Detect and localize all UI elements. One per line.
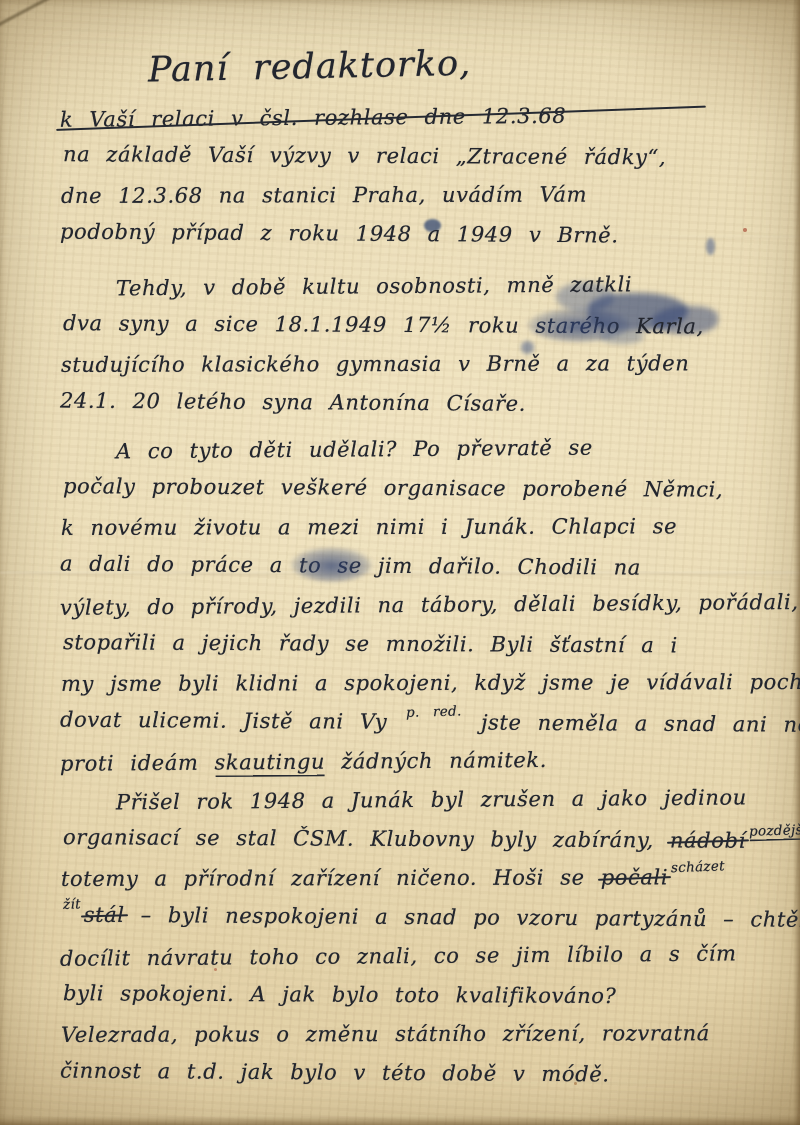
- struck-text: nádobí: [670, 828, 746, 852]
- handwritten-line: žítstál – byli nespokojeni a snad po vzo…: [60, 896, 766, 940]
- text-segment: 24.1. 20 letého syna Antonína Císaře.: [60, 389, 526, 416]
- text-segment: jim dařilo. Chodili na: [362, 554, 641, 580]
- handwritten-line: byli spokojeni. A jak bylo toto kvalifik…: [63, 974, 766, 1017]
- text-segment: totemy a přírodní zařízení ničeno. Hoši …: [61, 866, 601, 891]
- text-segment: my jsme byli klidni a spokojeni, když js…: [61, 670, 800, 696]
- text-segment: a dali do práce a: [60, 552, 299, 578]
- letter-page: Paní redaktorko, k Vaší relaci v čsl. ro…: [0, 0, 800, 1125]
- handwritten-line: studujícího klasického gymnasia v Brně a…: [61, 344, 766, 385]
- handwritten-line: Přišel rok 1948 a Junák byl zrušen a jak…: [60, 778, 766, 823]
- text-segment: Velezrada, pokus o změnu státního zřízen…: [61, 1021, 710, 1047]
- handwritten-line: docílit návratu toho co znali, co se jim…: [60, 934, 766, 979]
- paragraph: Přišel rok 1948 a Junák byl zrušen a jak…: [60, 781, 766, 1093]
- handwritten-line: A co tyto děti udělali? Po převratě se: [60, 427, 766, 472]
- handwritten-line: totemy a přírodní zařízení ničeno. Hoši …: [61, 858, 766, 899]
- text-segment: výlety, do přírody, jezdili na tábory, d…: [60, 590, 799, 620]
- handwritten-line: Tehdy, v době kultu osobnosti, mně zatkl…: [60, 264, 766, 309]
- handwritten-line: Velezrada, pokus o změnu státního zřízen…: [61, 1014, 766, 1055]
- text-segment: žádných námitek.: [325, 748, 547, 774]
- handwritten-line: dva syny a sice 18.1.1949 17½ roku staré…: [63, 304, 766, 347]
- ink-blotted-text: starého: [535, 314, 620, 338]
- handwritten-line: dne 12.3.68 na stanici Praha, uvádím Vám: [61, 175, 766, 216]
- inserted-text: p. red.: [406, 705, 462, 720]
- text-segment: dovat ulicemi. Jistě ani Vy: [60, 708, 404, 734]
- handwritten-line: dovat ulicemi. Jistě ani Vy p. red. jste…: [60, 701, 766, 745]
- inserted-text: scházet: [671, 860, 725, 875]
- paragraph: k Vaší relaci v čsl. rozhlase dne 12.3.6…: [60, 98, 766, 254]
- text-segment: na základě Vaší výzvy v relaci „Ztracené…: [63, 142, 666, 169]
- text-segment: byli spokojeni. A jak bylo toto kvalifik…: [63, 981, 616, 1008]
- text-segment: – byli nespokojeni a snad po vzoru party…: [125, 903, 800, 932]
- handwritten-line: organisací se stal ČSM. Klubovny byly za…: [63, 818, 766, 861]
- struck-text: stál: [84, 903, 125, 927]
- text-segment: podobný případ z roku 1948 a 1949 v Brně…: [60, 220, 619, 248]
- handwritten-line: na základě Vaší výzvy v relaci „Ztracené…: [63, 135, 766, 178]
- text-segment: činnost a t.d. jak bylo v této době v mó…: [60, 1059, 610, 1087]
- handwritten-line: k novému životu a mezi nimi i Junák. Chl…: [61, 507, 766, 548]
- handwritten-line: činnost a t.d. jak bylo v této době v mó…: [60, 1052, 766, 1096]
- text-segment: stopařili a jejich řady se množili. Byli…: [63, 630, 678, 657]
- struck-text: počali: [601, 865, 668, 889]
- text-segment: dva syny a sice 18.1.1949 17½ roku: [63, 311, 536, 337]
- handwritten-line: podobný případ z roku 1948 a 1949 v Brně…: [60, 213, 766, 257]
- paragraph: Tehdy, v době kultu osobnosti, mně zatkl…: [60, 267, 766, 423]
- text-segment: jste neměla a snad ani nemáte: [465, 710, 800, 737]
- handwritten-line: počaly probouzet veškeré organisace poro…: [63, 467, 766, 510]
- letter-body: k Vaší relaci v čsl. rozhlase dne 12.3.6…: [60, 98, 766, 1093]
- corner-crease: [0, 0, 71, 30]
- paper-edge-shadow: [0, 1116, 800, 1125]
- handwritten-line: proti ideám skautingu žádných námitek.: [60, 739, 766, 784]
- handwritten-letter: Paní redaktorko, k Vaší relaci v čsl. ro…: [60, 40, 766, 1093]
- handwritten-line: 24.1. 20 letého syna Antonína Císaře.: [60, 382, 766, 426]
- text-segment: počaly probouzet veškeré organisace poro…: [63, 474, 723, 501]
- underlined-text: skautingu: [214, 750, 325, 776]
- paper-edge-shadow: [793, 0, 800, 1125]
- text-segment: k Vaší relaci v čsl. rozhlase dne 12.3.6…: [60, 104, 566, 132]
- handwritten-line: k Vaší relaci v čsl. rozhlase dne 12.3.6…: [60, 95, 766, 140]
- text-segment: Karla,: [620, 314, 704, 338]
- text-segment: Tehdy, v době kultu osobnosti, mně zatkl…: [116, 272, 632, 300]
- inserted-text: žít: [63, 898, 81, 911]
- handwritten-line: výlety, do přírody, jezdili na tábory, d…: [60, 583, 766, 628]
- paragraph: A co tyto děti udělali? Po převratě sepo…: [60, 430, 766, 781]
- text-segment: k novému životu a mezi nimi i Junák. Chl…: [61, 514, 677, 540]
- handwritten-line: stopařili a jejich řady se množili. Byli…: [63, 623, 766, 666]
- handwritten-line: my jsme byli klidni a spokojeni, když js…: [61, 663, 766, 704]
- salutation: Paní redaktorko,: [148, 38, 767, 91]
- inserted-text: pozdější: [749, 824, 800, 840]
- handwritten-line: a dali do práce a to se jim dařilo. Chod…: [60, 545, 766, 589]
- text-segment: A co tyto děti udělali? Po převratě se: [116, 436, 593, 464]
- text-segment: proti ideám: [60, 751, 215, 776]
- text-segment: docílit návratu toho co znali, co se jim…: [60, 941, 737, 970]
- ink-blotted-text: to se: [299, 553, 362, 577]
- text-segment: studujícího klasického gymnasia v Brně a…: [61, 351, 689, 377]
- text-segment: Přišel rok 1948 a Junák byl zrušen a jak…: [116, 785, 747, 814]
- text-segment: organisací se stal ČSM. Klubovny byly za…: [63, 825, 670, 852]
- text-segment: dne 12.3.68 na stanici Praha, uvádím Vám: [61, 183, 587, 208]
